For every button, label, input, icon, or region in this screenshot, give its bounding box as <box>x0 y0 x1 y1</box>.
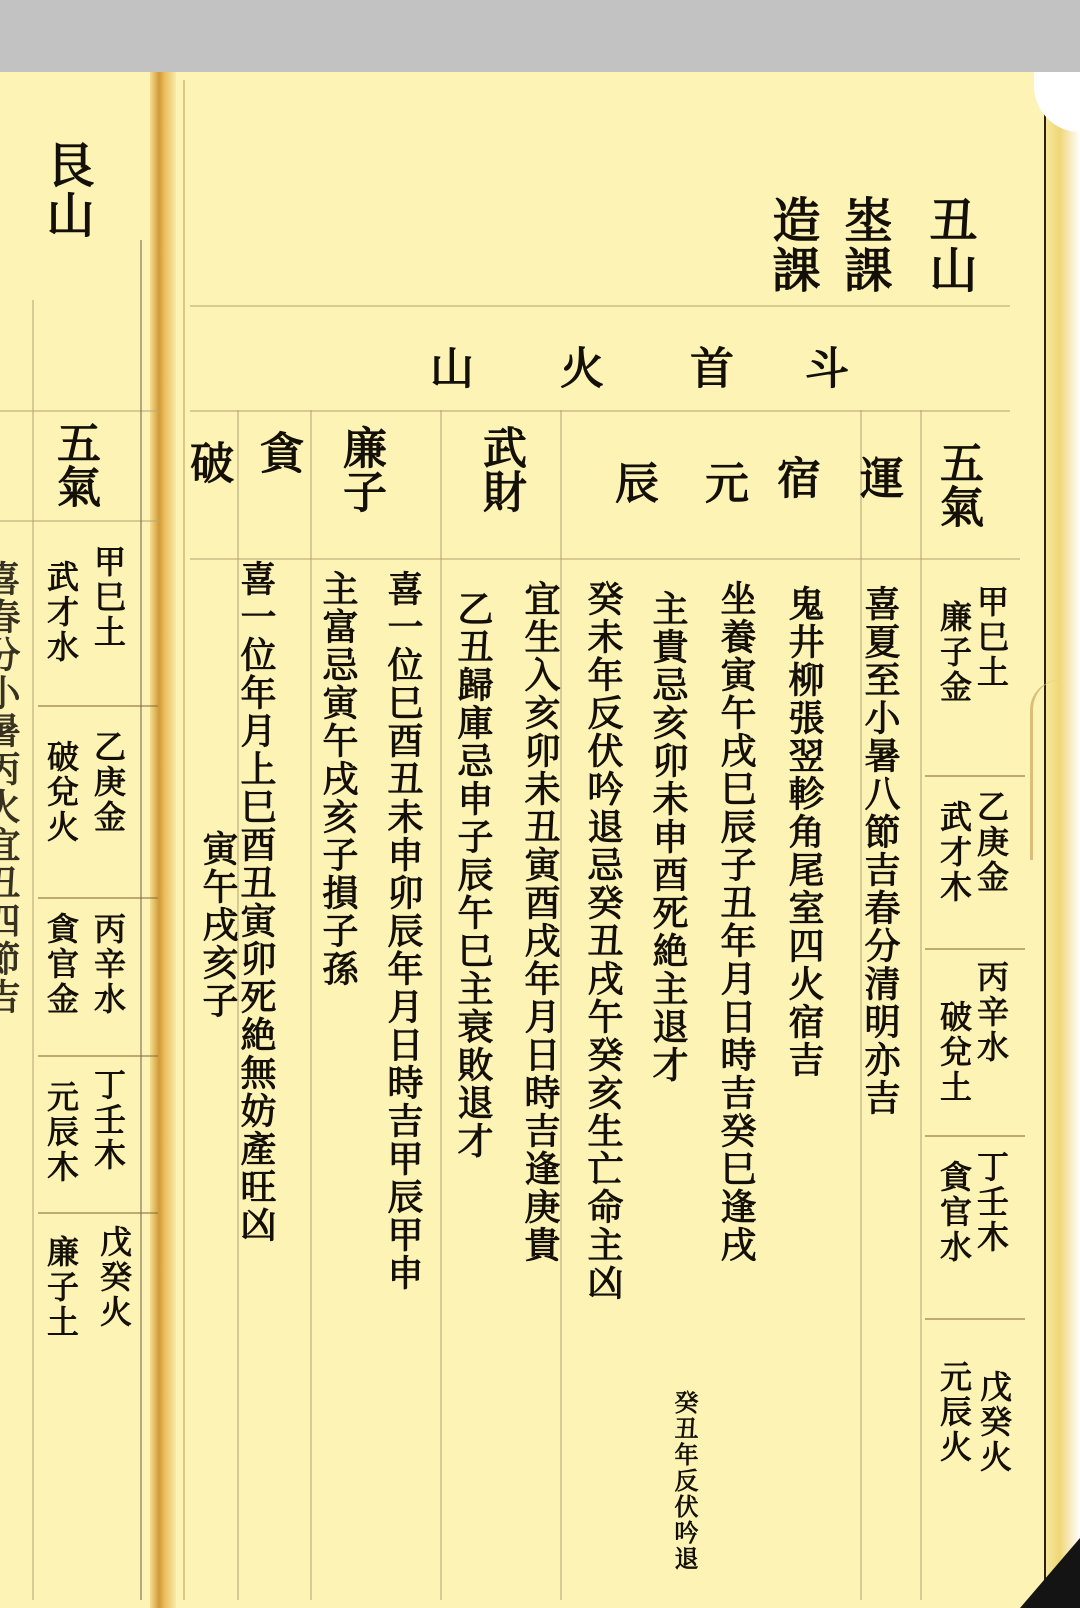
header-su: 宿 <box>772 455 816 499</box>
wuqi-stems: 乙庚金 <box>975 790 1007 895</box>
rule-line <box>925 1135 1025 1137</box>
rule-line <box>310 410 312 1600</box>
rule-line <box>0 410 160 412</box>
wuqi-star: 破兌土 <box>938 1000 970 1105</box>
text-column-tan-1: 喜一位年月上巳酉丑寅卯死絶無妨產旺凶 <box>238 560 274 1244</box>
rule-line <box>38 705 158 707</box>
wuqi-stems: 戊癸火 <box>978 1370 1010 1475</box>
wuqi-star: 貪官水 <box>938 1160 970 1265</box>
text-column-yun: 喜夏至小暑八節吉春分清明亦吉 <box>862 585 898 1117</box>
text-column-chen-2: 癸未年反伏吟退忌癸丑戌午癸亥生亡命主凶 <box>585 580 621 1302</box>
page-fold <box>150 72 176 1608</box>
left-wuqi-stems: 甲巳土 <box>92 545 124 650</box>
heading-char: 火 <box>555 345 599 389</box>
header-yuan: 元 <box>700 460 744 504</box>
text-column-yuan: 坐養寅午戌巳辰子丑年月日時吉癸巳逢戌 <box>718 580 754 1264</box>
left-wuqi-stems: 戊癸火 <box>98 1225 130 1330</box>
rule-line <box>440 410 442 1600</box>
rule-line <box>38 1212 158 1214</box>
text-column-wucai-2: 乙丑歸庫忌申子辰午巳主衰敗退才 <box>455 590 491 1160</box>
left-wuqi-star: 廉子土 <box>45 1235 77 1340</box>
wuqi-stems: 丁壬木 <box>975 1150 1007 1255</box>
rule-line <box>190 410 1010 412</box>
rule-line <box>925 948 1025 950</box>
left-partial-column: 喜春分小暑丙火宜丑四節吉 <box>0 560 18 1016</box>
left-mountain-title: 艮山 <box>42 140 90 240</box>
header-yun: 運 <box>855 455 899 499</box>
wuqi-stems: 丙辛水 <box>975 960 1007 1065</box>
rule-line <box>140 240 142 1600</box>
viewer-top-bar <box>0 0 1080 72</box>
rule-line <box>0 520 160 522</box>
wuqi-stems: 甲巳土 <box>975 585 1007 690</box>
header-chen: 辰 <box>610 460 654 504</box>
rule-line <box>38 897 158 899</box>
text-column-tan-2: 寅午戌亥子 <box>200 830 236 1020</box>
heading-char: 斗 <box>800 345 844 389</box>
header-wucai: 武財 <box>478 425 522 513</box>
text-column-chen-1: 主貴忌亥卯未申酉死絶主退才 <box>650 590 686 1084</box>
header-po: 破 <box>185 440 229 484</box>
rule-line <box>38 1055 158 1057</box>
text-column-wucai-1: 宜生入亥卯未丑寅酉戌年月日時吉逢庚貴 <box>522 580 558 1264</box>
header-lianzi: 廉子 <box>338 425 382 513</box>
rule-line <box>925 1318 1025 1320</box>
subtitle-di-ke: 埊課 <box>840 195 888 295</box>
left-wuqi-star: 元辰木 <box>45 1080 77 1185</box>
mountain-title: 丑山 <box>925 195 973 295</box>
subtitle-zao-ke: 造課 <box>768 195 816 295</box>
wuqi-star: 廉子金 <box>938 600 970 705</box>
page-ruling-line <box>183 80 185 1600</box>
left-header-wuqi: 五氣 <box>52 420 96 508</box>
rule-line <box>920 410 922 1600</box>
rule-line <box>190 558 1020 560</box>
left-wuqi-stems: 丁壬木 <box>92 1068 124 1173</box>
left-wuqi-star: 破兌火 <box>45 740 77 845</box>
heading-char: 山 <box>425 345 469 389</box>
wuqi-star: 元辰火 <box>938 1360 970 1465</box>
header-tan: 貪 <box>255 430 299 474</box>
left-wuqi-star: 武才水 <box>45 560 77 665</box>
left-wuqi-stems: 丙辛水 <box>92 912 124 1017</box>
wuqi-star: 武才木 <box>938 800 970 905</box>
left-wuqi-star: 貪官金 <box>45 912 77 1017</box>
rule-line <box>925 775 1025 777</box>
text-column-lianzi-2: 主富忌寅午戌亥子損子孫 <box>320 570 356 988</box>
text-note-yuan: 癸丑年反伏吟退 <box>672 1390 696 1572</box>
binding-thread <box>1030 680 1073 860</box>
heading-char: 首 <box>685 345 729 389</box>
rule-line <box>32 300 34 1600</box>
text-column-su: 鬼井柳張翌軫角尾室四火宿吉 <box>786 585 822 1079</box>
rule-line <box>190 305 1010 307</box>
text-column-lianzi-1: 喜一位巳酉丑未申卯辰年月日時吉甲辰甲申 <box>385 570 421 1292</box>
header-wuqi: 五氣 <box>935 440 979 528</box>
left-wuqi-stems: 乙庚金 <box>92 730 124 835</box>
